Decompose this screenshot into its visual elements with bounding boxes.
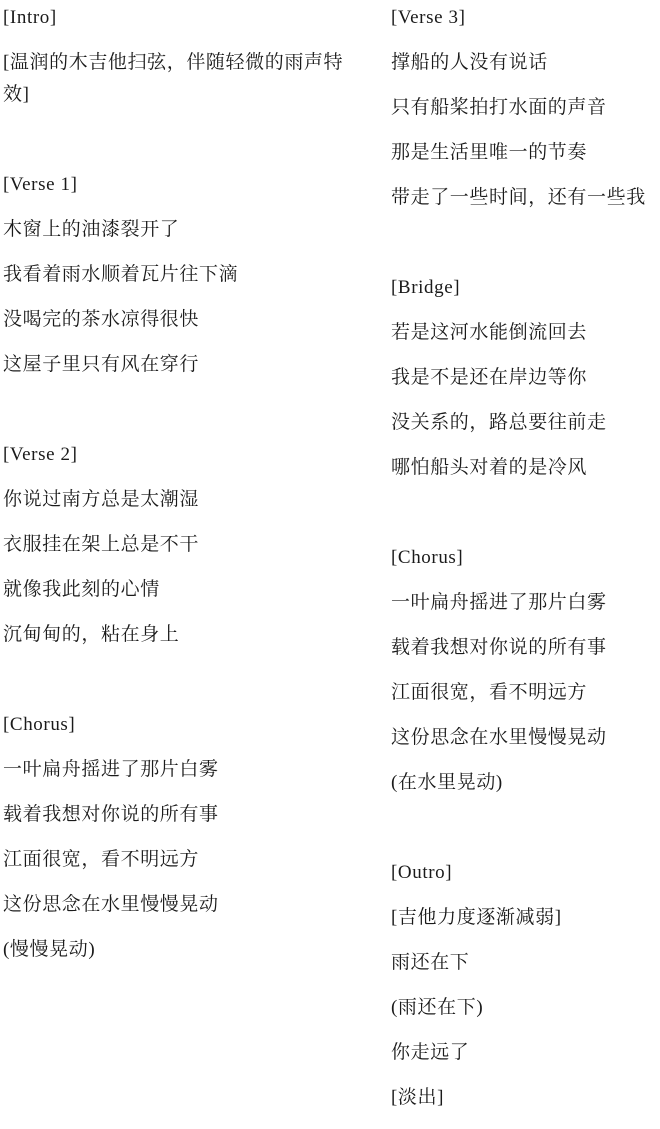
blank-line	[3, 664, 375, 696]
lyric-line: 一叶扁舟摇进了那片白雾	[391, 587, 657, 619]
lyric-line: 撑船的人没有说话	[391, 47, 657, 79]
blank-line	[3, 394, 375, 426]
lyric-line: 江面很宽，看不明远方	[391, 677, 657, 709]
section-label: [Verse 2]	[3, 439, 375, 471]
lyric-line: 若是这河水能倒流回去	[391, 317, 657, 349]
section-label: [Chorus]	[3, 709, 375, 741]
lyric-line: 衣服挂在架上总是不干	[3, 529, 375, 561]
section-label: [Chorus]	[391, 542, 657, 574]
blank-line	[391, 227, 657, 259]
lyric-line: (慢慢晃动)	[3, 934, 375, 966]
lyric-line: 效]	[3, 79, 375, 111]
lyric-line: 载着我想对你说的所有事	[391, 632, 657, 664]
section-label: [Verse 3]	[391, 2, 657, 34]
lyric-line: 一叶扁舟摇进了那片白雾	[3, 754, 375, 786]
lyric-line: 我看着雨水顺着瓦片往下滴	[3, 259, 375, 291]
lyric-line: (在水里晃动)	[391, 767, 657, 799]
lyric-line: 那是生活里唯一的节奏	[391, 137, 657, 169]
lyric-line: (雨还在下)	[391, 992, 657, 1024]
blank-line	[391, 497, 657, 529]
lyric-line: 哪怕船头对着的是冷风	[391, 452, 657, 484]
lyric-line: [吉他力度逐渐减弱]	[391, 902, 657, 934]
lyric-line: 江面很宽，看不明远方	[3, 844, 375, 876]
lyric-line: 载着我想对你说的所有事	[3, 799, 375, 831]
lyrics-document: [Intro][温润的木吉他扫弦，伴随轻微的雨声特效][Verse 1]木窗上的…	[0, 0, 660, 1129]
lyric-line: 沉甸甸的，粘在身上	[3, 619, 375, 651]
lyric-line: 我是不是还在岸边等你	[391, 362, 657, 394]
blank-line	[391, 812, 657, 844]
lyric-line: 你走远了	[391, 1037, 657, 1069]
section-label: [Outro]	[391, 857, 657, 889]
lyric-line: 带走了一些时间，还有一些我	[391, 182, 657, 214]
lyric-line: [淡出]	[391, 1082, 657, 1114]
lyric-line: 木窗上的油漆裂开了	[3, 214, 375, 246]
lyric-line: 这份思念在水里慢慢晃动	[3, 889, 375, 921]
section-label: [Verse 1]	[3, 169, 375, 201]
lyric-line: 没关系的，路总要往前走	[391, 407, 657, 439]
lyric-line: 这屋子里只有风在穿行	[3, 349, 375, 381]
lyric-line: 只有船桨拍打水面的声音	[391, 92, 657, 124]
section-label: [Intro]	[3, 2, 375, 34]
lyrics-column-left: [Intro][温润的木吉他扫弦，伴随轻微的雨声特效][Verse 1]木窗上的…	[3, 2, 375, 979]
lyric-line: 雨还在下	[391, 947, 657, 979]
section-label: [Bridge]	[391, 272, 657, 304]
lyric-line: 就像我此刻的心情	[3, 574, 375, 606]
lyric-line: [温润的木吉他扫弦，伴随轻微的雨声特	[3, 47, 375, 79]
lyric-line: 这份思念在水里慢慢晃动	[391, 722, 657, 754]
lyrics-column-right: [Verse 3]撑船的人没有说话只有船桨拍打水面的声音那是生活里唯一的节奏带走…	[391, 2, 657, 1127]
lyric-line: 你说过南方总是太潮湿	[3, 484, 375, 516]
blank-line	[3, 124, 375, 156]
lyric-line: 没喝完的茶水凉得很快	[3, 304, 375, 336]
